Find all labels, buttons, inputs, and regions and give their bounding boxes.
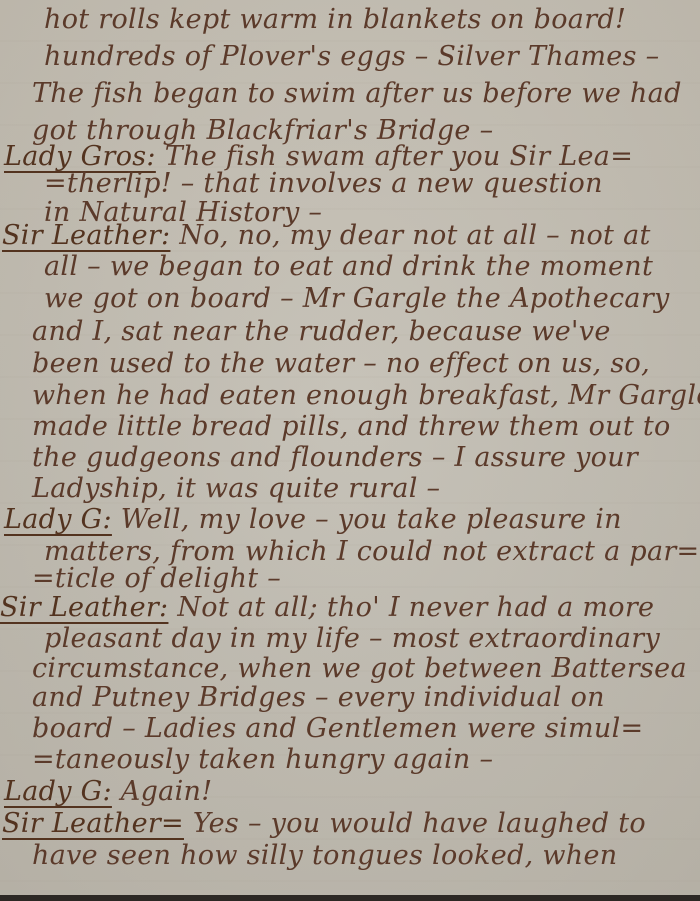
line-text: have seen how silly tongues looked, when [32,840,617,871]
line-text: Again! [112,776,212,807]
text-line: and Putney Bridges – every individual on [0,684,605,711]
text-line: the gudgeons and flounders – I assure yo… [0,444,638,471]
text-line: =therlip! – that involves a new question [0,170,603,197]
dialogue-line: Lady Gros: The fish swam after you Sir L… [4,143,633,170]
line-text: The fish began to swim after us before w… [32,78,682,109]
text-line: have seen how silly tongues looked, when [0,842,617,869]
text-line: been used to the water – no effect on us… [0,350,650,377]
manuscript-page: hot rolls kept warm in blankets on board… [0,0,700,901]
text-line: board – Ladies and Gentlemen were simul= [0,715,643,742]
text-line: got through Blackfriar's Bridge – [0,117,493,144]
dialogue-line: Lady G: Again! [4,778,212,805]
line-text: and Putney Bridges – every individual on [32,682,605,713]
line-text: Ladyship, it was quite rural – [32,473,440,504]
text-line: we got on board – Mr Gargle the Apotheca… [0,285,670,312]
line-text: when he had eaten enough breakfast, Mr G… [32,380,700,411]
text-line: =ticle of delight – [0,565,281,592]
text-line: when he had eaten enough breakfast, Mr G… [0,382,700,409]
line-text: =taneously taken hungry again – [32,744,493,775]
text-line: hundreds of Plover's eggs – Silver Thame… [0,43,659,70]
text-line: and I, sat near the rudder, because we'v… [0,318,611,345]
speaker-label: Lady G: [4,776,112,807]
line-text: hundreds of Plover's eggs – Silver Thame… [44,41,659,72]
text-line: Ladyship, it was quite rural – [0,475,440,502]
text-line: circumstance, when we got between Batter… [0,655,687,682]
speaker-label: Sir Leather= [2,808,184,839]
text-line: pleasant day in my life – most extraordi… [0,625,660,652]
line-text: No, no, my dear not at all – not at [170,220,650,251]
dialogue-line: Sir Leather= Yes – you would have laughe… [2,810,646,837]
text-line: made little bread pills, and threw them … [0,413,671,440]
speaker-label: Sir Leather: [0,592,168,623]
line-text: been used to the water – no effect on us… [32,348,650,379]
text-line: all – we began to eat and drink the mome… [0,253,653,280]
line-text: circumstance, when we got between Batter… [32,653,687,684]
speaker-label: Lady G: [4,504,112,535]
line-text: we got on board – Mr Gargle the Apotheca… [44,283,670,314]
text-line: The fish began to swim after us before w… [0,80,682,107]
dialogue-line: Lady G: Well, my love – you take pleasur… [4,506,622,533]
text-line: hot rolls kept warm in blankets on board… [0,6,626,33]
line-text: Yes – you would have laughed to [184,808,646,839]
line-text: =therlip! – that involves a new question [44,168,603,199]
line-text: made little bread pills, and threw them … [32,411,671,442]
line-text: all – we began to eat and drink the mome… [44,251,653,282]
line-text: =ticle of delight – [32,563,281,594]
line-text: Well, my love – you take pleasure in [112,504,622,535]
text-line: matters, from which I could not extract … [0,538,699,565]
speaker-label: Sir Leather: [2,220,170,251]
text-line: =taneously taken hungry again – [0,746,493,773]
line-text: the gudgeons and flounders – I assure yo… [32,442,638,473]
line-text: Not at all; tho' I never had a more [168,592,654,623]
line-text: board – Ladies and Gentlemen were simul= [32,713,643,744]
line-text: pleasant day in my life – most extraordi… [44,623,660,654]
line-text: hot rolls kept warm in blankets on board… [44,4,626,35]
line-text: and I, sat near the rudder, because we'v… [32,316,611,347]
dialogue-line: Sir Leather: No, no, my dear not at all … [2,222,651,249]
dialogue-line: Sir Leather: Not at all; tho' I never ha… [0,594,654,621]
